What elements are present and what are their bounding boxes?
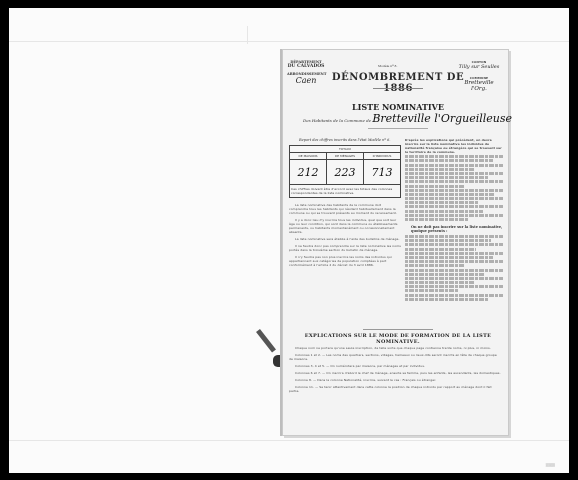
commune-prefix: Des Habitants de la Commune de — [303, 118, 371, 123]
commune-line: Des Habitants de la Commune de Brettevil… — [303, 112, 512, 125]
explanation-paragraph: Chaque nom ne portera qu'une seule inscr… — [289, 346, 501, 350]
report-caption: Report des chiffres inscrits dans l'état… — [299, 138, 401, 142]
department-name: DU CALVADOS — [287, 64, 325, 69]
bulletin-model: Modèle nº 8. — [378, 64, 397, 68]
right-list-inscribe — [405, 155, 503, 221]
section-rule — [363, 329, 433, 330]
column-header-menages: DE MÉNAGES — [327, 153, 364, 160]
instructions-left: La liste nominative des habitants de la … — [289, 203, 401, 267]
right-heading-inscribe: D'après les explications qui précèdent, … — [405, 138, 503, 154]
left-paragraph: La liste nominative sera établie à l'aid… — [289, 237, 401, 241]
left-paragraph: Il y a donc lieu d'y inscrire tous les i… — [289, 218, 401, 234]
explanation-paragraph: Colonnes 3, 4 et 5. — On numérotera par … — [289, 364, 501, 368]
totals-note: Ces chiffres doivent être d'accord avec … — [290, 185, 401, 198]
total-menages: 223 — [327, 160, 364, 185]
subtitle-rule — [368, 128, 428, 129]
sheet-fold-line — [9, 440, 569, 441]
column-header-individus: D'INDIVIDUS — [364, 153, 401, 160]
column-header-maisons: DE MAISONS — [290, 153, 327, 160]
arrondissement-name: Caen — [287, 76, 325, 85]
sheet-fold-line — [247, 26, 248, 44]
title-rule — [373, 88, 423, 89]
total-maisons: 212 — [290, 160, 327, 185]
left-paragraph: Il n'y faudra pas non plus inscrire les … — [289, 255, 401, 267]
document-subtitle: LISTE NOMINATIVE — [343, 102, 453, 112]
explanation-paragraph: Colonnes 1 et 2. — Les noms des quartier… — [289, 353, 501, 361]
canton-name: Tilly sur Seulles — [456, 64, 502, 70]
explanation-paragraph: Colonne 11. — Se tenir attentivement dan… — [289, 385, 501, 393]
right-column: D'après les explications qui précèdent, … — [405, 138, 503, 302]
right-list-exclude — [405, 235, 503, 301]
document-title: DÉNOMBREMENT DE 1886 — [323, 72, 473, 94]
right-heading-exclude: On ne doit pas inscrire sur la liste nom… — [411, 225, 503, 233]
left-column: Report des chiffres inscrits dans l'état… — [289, 138, 401, 267]
archive-stamp: ▒▒▒▒ — [546, 463, 555, 467]
header-left-block: DÉPARTEMENT DU CALVADOS ARRONDISSEMENT C… — [287, 60, 325, 85]
explanation-paragraph: Colonne 8. — Dans la colonne Nationalité… — [289, 378, 501, 382]
total-individus: 713 — [364, 160, 401, 185]
commune-name: Bretteville l'Orgueilleuse — [372, 112, 512, 125]
left-paragraph: La liste nominative des habitants de la … — [289, 203, 401, 215]
census-document: DÉPARTEMENT DU CALVADOS ARRONDISSEMENT C… — [282, 49, 509, 436]
explanation-paragraph: Colonnes 6 et 7. — On inscrira d'abord l… — [289, 371, 501, 375]
explanations-block: Chaque nom ne portera qu'une seule inscr… — [289, 343, 501, 393]
totals-table: TOTAUX DE MAISONS DE MÉNAGES D'INDIVIDUS… — [289, 145, 401, 198]
left-paragraph: Il ne faudra donc pas comprendre sur la … — [289, 244, 401, 252]
totals-table-title: TOTAUX — [290, 146, 401, 153]
sheet-fold-line — [9, 41, 569, 42]
